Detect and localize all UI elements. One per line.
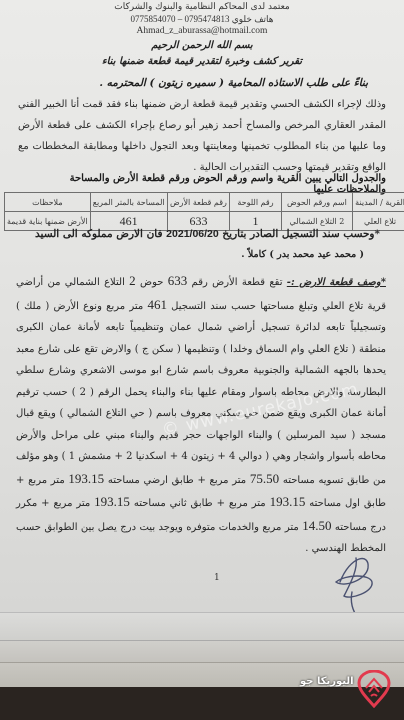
paper-stack-layer [0,640,404,663]
description-text: تقع قطعة الأرض رقم [192,277,283,288]
header-parcel: رقم قطعة الأرض [167,193,230,212]
deed-prefix: *وحسب سند التسجيل الصادر بتاريخ [222,228,380,240]
description-text: متر مربع + طابق ارضي مساحته [108,475,246,486]
signature-icon [330,548,380,620]
brand-logo-icon [357,670,391,708]
ground-floor-area: 193.15 [68,471,104,486]
header-notes: ملاحظات [5,193,91,212]
paper-stack-layer [0,612,404,641]
basin-number: 2 [129,273,136,288]
page-number: 1 [214,573,220,583]
basmala: بسم الله الرحمن الرحيم [0,40,404,51]
accreditation-text: معتمد لدى المحاكم النظامية والبنوك والشر… [0,1,404,13]
parcel-number: 633 [168,273,188,288]
email-address: Ahmad_z_aburassa@hotmail.com [0,25,404,37]
header-area: المساحة بالمتر المربع [90,193,167,212]
description-text: متر مربع + طابق ثاني مساحته [134,498,266,509]
header-basin: اسم ورقم الحوض [281,193,352,212]
deed-line: *وحسب سند التسجيل الصادر بتاريخ 2021/06/… [35,228,380,240]
basement-area: 75.50 [250,471,279,486]
header-plate: رقم اللوحة [230,193,281,212]
description-label: *وصف قطعة الارض :- [287,277,386,288]
owner-name: ( محمد عيد محمد بدر ) كاملاً . [241,249,364,260]
deed-date: 2021/06/20 [166,228,219,240]
header-village: القرية / المدينة [353,193,404,212]
request-line: بناءً على طلب الاستاذه المحامية ( سميره … [99,77,368,89]
letterhead: معتمد لدى المحاكم النظامية والبنوك والشر… [0,1,404,37]
document-page: معتمد لدى المحاكم النظامية والبنوك والشر… [0,0,404,612]
brand-name: اليوريكا جو [300,676,354,687]
intro-paragraph: وذلك لإجراء الكشف الحسي وتقدير قيمة قطعة… [18,94,386,178]
report-title: تقرير كشف وخبرة لتقدير قيمة قطعة ضمنها ب… [0,56,404,67]
stair-area: 14.50 [302,518,331,533]
land-area: 461 [147,297,167,312]
land-table: القرية / المدينة اسم ورقم الحوض رقم اللو… [4,192,404,231]
first-floor-area: 193.15 [270,494,306,509]
phone-numbers: هاتف خلوي 0795474813 – 0775854070 [0,13,404,25]
table-header-row: القرية / المدينة اسم ورقم الحوض رقم اللو… [5,193,404,212]
deed-suffix: فان الارض مملوكه الى السيد [35,228,162,240]
second-floor-area: 193.15 [94,494,130,509]
description-text: حوض [140,277,163,288]
